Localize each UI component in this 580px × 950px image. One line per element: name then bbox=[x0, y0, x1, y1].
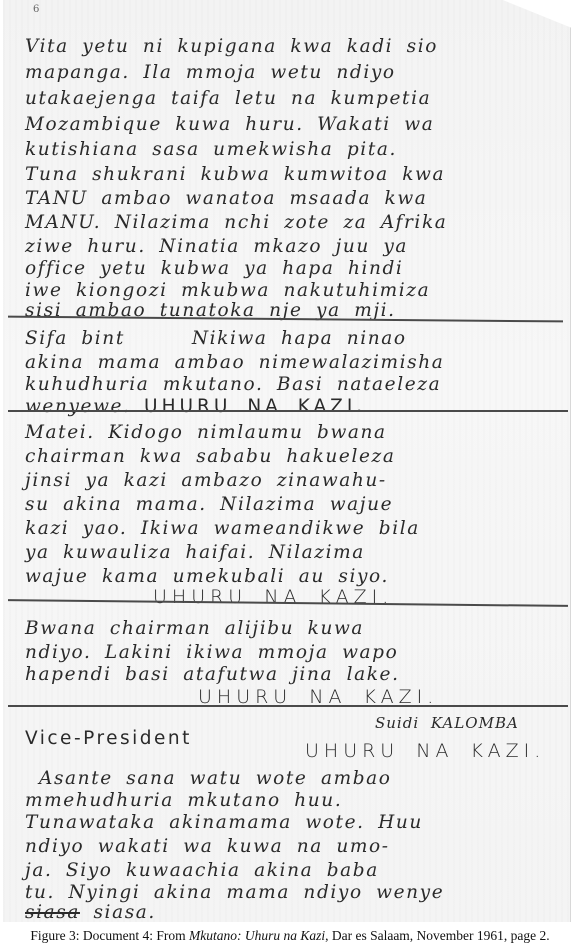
handwritten-line: office yetu kubwa ya hapa hindi bbox=[25, 260, 555, 279]
handwritten-line: Bwana chairman alijibu kuwa bbox=[25, 620, 555, 639]
handwritten-line: Tuna shukrani kubwa kumwitoa kwa bbox=[25, 166, 555, 185]
caption-title: Mkutano: Uhuru na Kazi bbox=[189, 928, 325, 943]
caption-suffix: , Dar es Salaam, November 1961, page 2. bbox=[325, 928, 550, 943]
slogan: UHURU NA KAZI. bbox=[305, 742, 580, 761]
page-corner-mark: 6 bbox=[33, 4, 39, 15]
handwritten-line: wajue kama umekubali au siyo. bbox=[25, 568, 555, 587]
handwritten-text: wenyewe. bbox=[25, 396, 131, 417]
speaker-name: Sifa bint bbox=[25, 328, 125, 349]
struck-word: siasa bbox=[25, 902, 80, 923]
handwritten-line: ja. Siyo kuwaachia akina baba bbox=[25, 862, 555, 881]
handwritten-line: utakaejenga taifa letu na kumpetia bbox=[25, 90, 555, 109]
handwritten-line: Mozambique kuwa huru. Wakati wa bbox=[25, 116, 555, 135]
handwritten-line: jinsi ya kazi ambazo zinawahu- bbox=[25, 472, 555, 491]
handwritten-line: ndiyo wakati wa kuwa na umo- bbox=[25, 838, 555, 857]
handwritten-line: iwe kiongozi mkubwa nakutuhimiza bbox=[25, 282, 555, 301]
handwritten-line: akina mama ambao nimewalazimisha bbox=[25, 354, 555, 373]
handwritten-line: ndiyo. Lakini ikiwa mmoja wapo bbox=[25, 644, 555, 663]
handwritten-line: chairman kwa sababu hakueleza bbox=[25, 448, 555, 467]
handwritten-line: kutishiana sasa umekwisha pita. bbox=[25, 141, 555, 160]
speaker-name: Matei. bbox=[25, 422, 95, 443]
handwritten-text: siasa. bbox=[93, 902, 155, 923]
handwritten-text: Nikiwa hapa ninao bbox=[192, 328, 407, 349]
manuscript-page: 6 Vita yetu ni kupigana kwa kadi sio map… bbox=[3, 0, 571, 922]
handwritten-line: mapanga. Ila mmoja wetu ndiyo bbox=[25, 64, 555, 83]
caption-prefix: Figure 3: Document 4: From bbox=[30, 928, 189, 943]
handwritten-line: Vita yetu ni kupigana kwa kadi sio bbox=[25, 38, 555, 57]
handwritten-line: Asante sana watu wote ambao bbox=[39, 770, 569, 789]
handwritten-line: tu. Nyingi akina mama ndiyo wenye bbox=[25, 884, 555, 903]
handwritten-line: TANU ambao wanatoa msaada kwa bbox=[25, 190, 555, 209]
handwritten-line: MANU. Nilazima nchi zote za Afrika bbox=[25, 214, 555, 233]
handwritten-line: kazi yao. Ikiwa wameandikwe bila bbox=[25, 520, 555, 539]
section-divider bbox=[8, 410, 568, 412]
handwritten-line: siasa siasa. bbox=[25, 904, 555, 923]
figure-caption: Figure 3: Document 4: From Mkutano: Uhur… bbox=[0, 928, 580, 944]
signature: Suidi KALOMBA bbox=[375, 716, 580, 731]
slogan-line: wenyewe. UHURU NA KAZI. bbox=[25, 398, 555, 417]
speaker-line: Matei. Kidogo nimlaumu bwana bbox=[25, 424, 555, 443]
handwritten-line: ziwe huru. Ninatia mkazo juu ya bbox=[25, 238, 555, 257]
handwritten-line: su akina mama. Nilazima wajue bbox=[25, 496, 555, 515]
handwritten-line: mmehudhuria mkutano huu. bbox=[25, 792, 555, 811]
speaker-line: Sifa bint Nikiwa hapa ninao bbox=[25, 330, 555, 349]
handwritten-line: Tunawataka akinamama wote. Huu bbox=[25, 814, 555, 833]
handwritten-text: Kidogo nimlaumu bwana bbox=[108, 422, 386, 443]
handwritten-line: kuhudhuria mkutano. Basi nataeleza bbox=[25, 376, 555, 395]
handwritten-line: ya kuwauliza haifai. Nilazima bbox=[25, 544, 555, 563]
slogan: UHURU NA KAZI. bbox=[144, 396, 366, 417]
section-divider bbox=[8, 705, 568, 707]
handwritten-line: hapendi basi atafutwa jina lake. bbox=[25, 666, 555, 685]
